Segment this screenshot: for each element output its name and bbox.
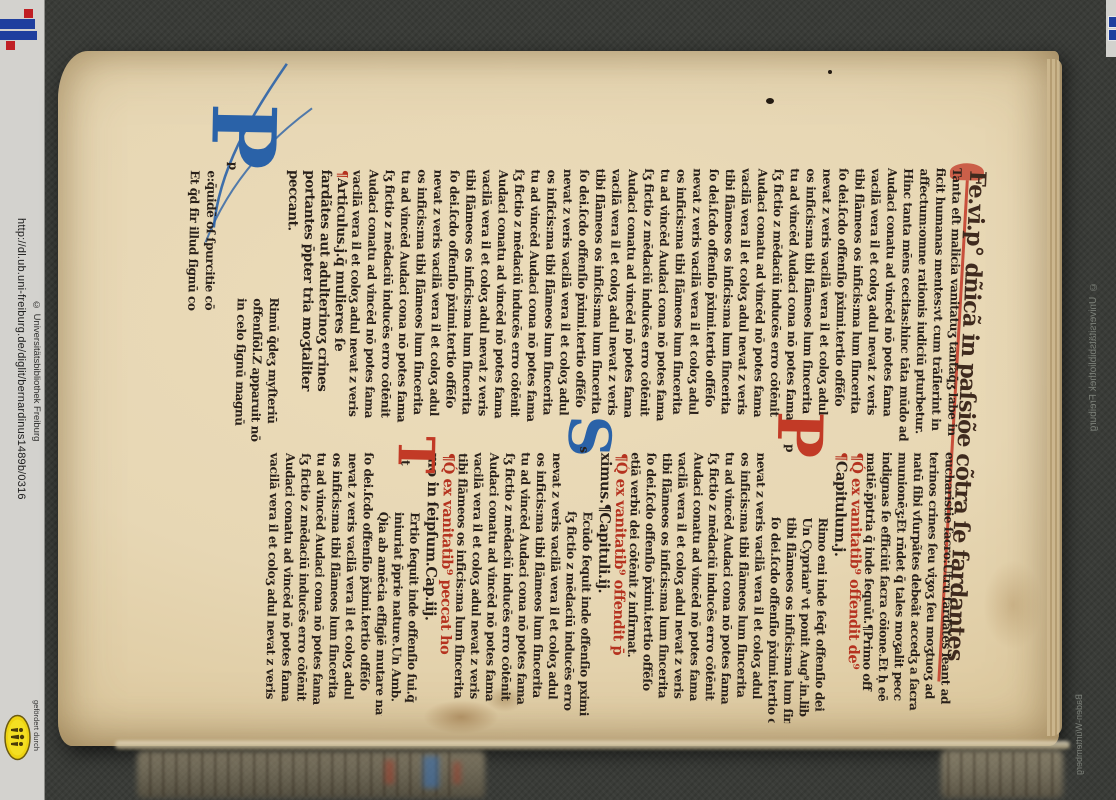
column-a-band: Tanta eſt malicia vanitatuʒ tantaq̄ʒ lab… <box>48 0 1116 3</box>
text-line: Un Cyprian⁹ vt ponit Aug⁹.in.lib <box>797 517 815 723</box>
guide-letter: p <box>783 444 797 453</box>
logo-blue-square <box>1108 16 1116 28</box>
logo-blue-bar-long <box>0 31 37 40</box>
text-line: ſʒ fictio z mēdaciū inducēs erro <box>561 511 579 719</box>
logo-red-square-top <box>24 9 33 18</box>
logo-red-square-bottom <box>6 41 15 50</box>
text-line: iniuriat p̄prie nature.Un Amb. <box>388 512 406 716</box>
reflection-text-lines <box>947 752 1059 796</box>
text-line: ſo dei.ſcdo offenſio p̄ximi.tertio offēſ… <box>765 517 783 723</box>
text-line: Rimo eni inde ſeq̄t offenſio dei <box>812 518 830 724</box>
guide-letter: p <box>226 162 240 171</box>
reflection-blue-initial <box>423 756 439 788</box>
text-line: in celo ſignū magnū <box>232 298 249 444</box>
region-watermark-mirrored: Baden-Württemberg <box>1074 694 1084 772</box>
funding-emblem-icon <box>4 714 31 761</box>
corner-logo-fragment <box>1106 0 1116 57</box>
page-edge-highlight <box>115 741 1070 749</box>
page-text-layer: Fe.vi.p° dñicã in paſsiõe cõtra ſe farda… <box>34 0 1116 800</box>
illuminated-initials: PpPpSsTt <box>48 0 1116 3</box>
text-line: tibi flāmeos os inficis:ma lum ſincerita <box>781 517 799 723</box>
glass-reflection <box>45 748 1116 800</box>
guide-letter: s <box>577 446 591 453</box>
column-b-band: eucharistie ſacro:Utrū fardãtes leant ad… <box>48 0 1116 3</box>
logo-blue-bar-short <box>0 19 35 29</box>
reflection-red-initial <box>453 762 461 784</box>
guide-letter: t <box>399 460 413 466</box>
text-line: Ecūdo ſequit inde offenſio pximi <box>577 511 595 719</box>
initial-S: Ss <box>556 415 612 506</box>
reflection-red-initial <box>385 760 394 784</box>
scan-viewer: http://dl.ub.uni-freiburg.de/diglit/bern… <box>0 0 1116 800</box>
text-line: Rimū q̄deʒ myſteriū <box>264 298 281 444</box>
initial-P: Pp <box>194 102 277 277</box>
initial-T: Tt <box>376 436 435 507</box>
text-line: Q́ia ab amēcia effigiē mutare nature <box>373 512 391 716</box>
source-url-watermark: http://dl.ub.uni-freiburg.de/diglit/bern… <box>15 218 27 578</box>
logo-blue-square <box>1108 29 1116 41</box>
reflection-text-lines <box>149 752 459 796</box>
scan-background: Fe.vi.p° dñicã in paſsiõe cõtra ſe farda… <box>45 0 1116 800</box>
text-line: Ertio ſequit inde offenſio ſui.q̄ <box>404 512 422 716</box>
initial-P: Pp <box>758 411 824 508</box>
copyright-watermark-mirrored: © Universitätsbibliothek Freiburg <box>1088 283 1099 479</box>
text-line: offenſiōl.Z apparuit nō <box>248 298 265 444</box>
